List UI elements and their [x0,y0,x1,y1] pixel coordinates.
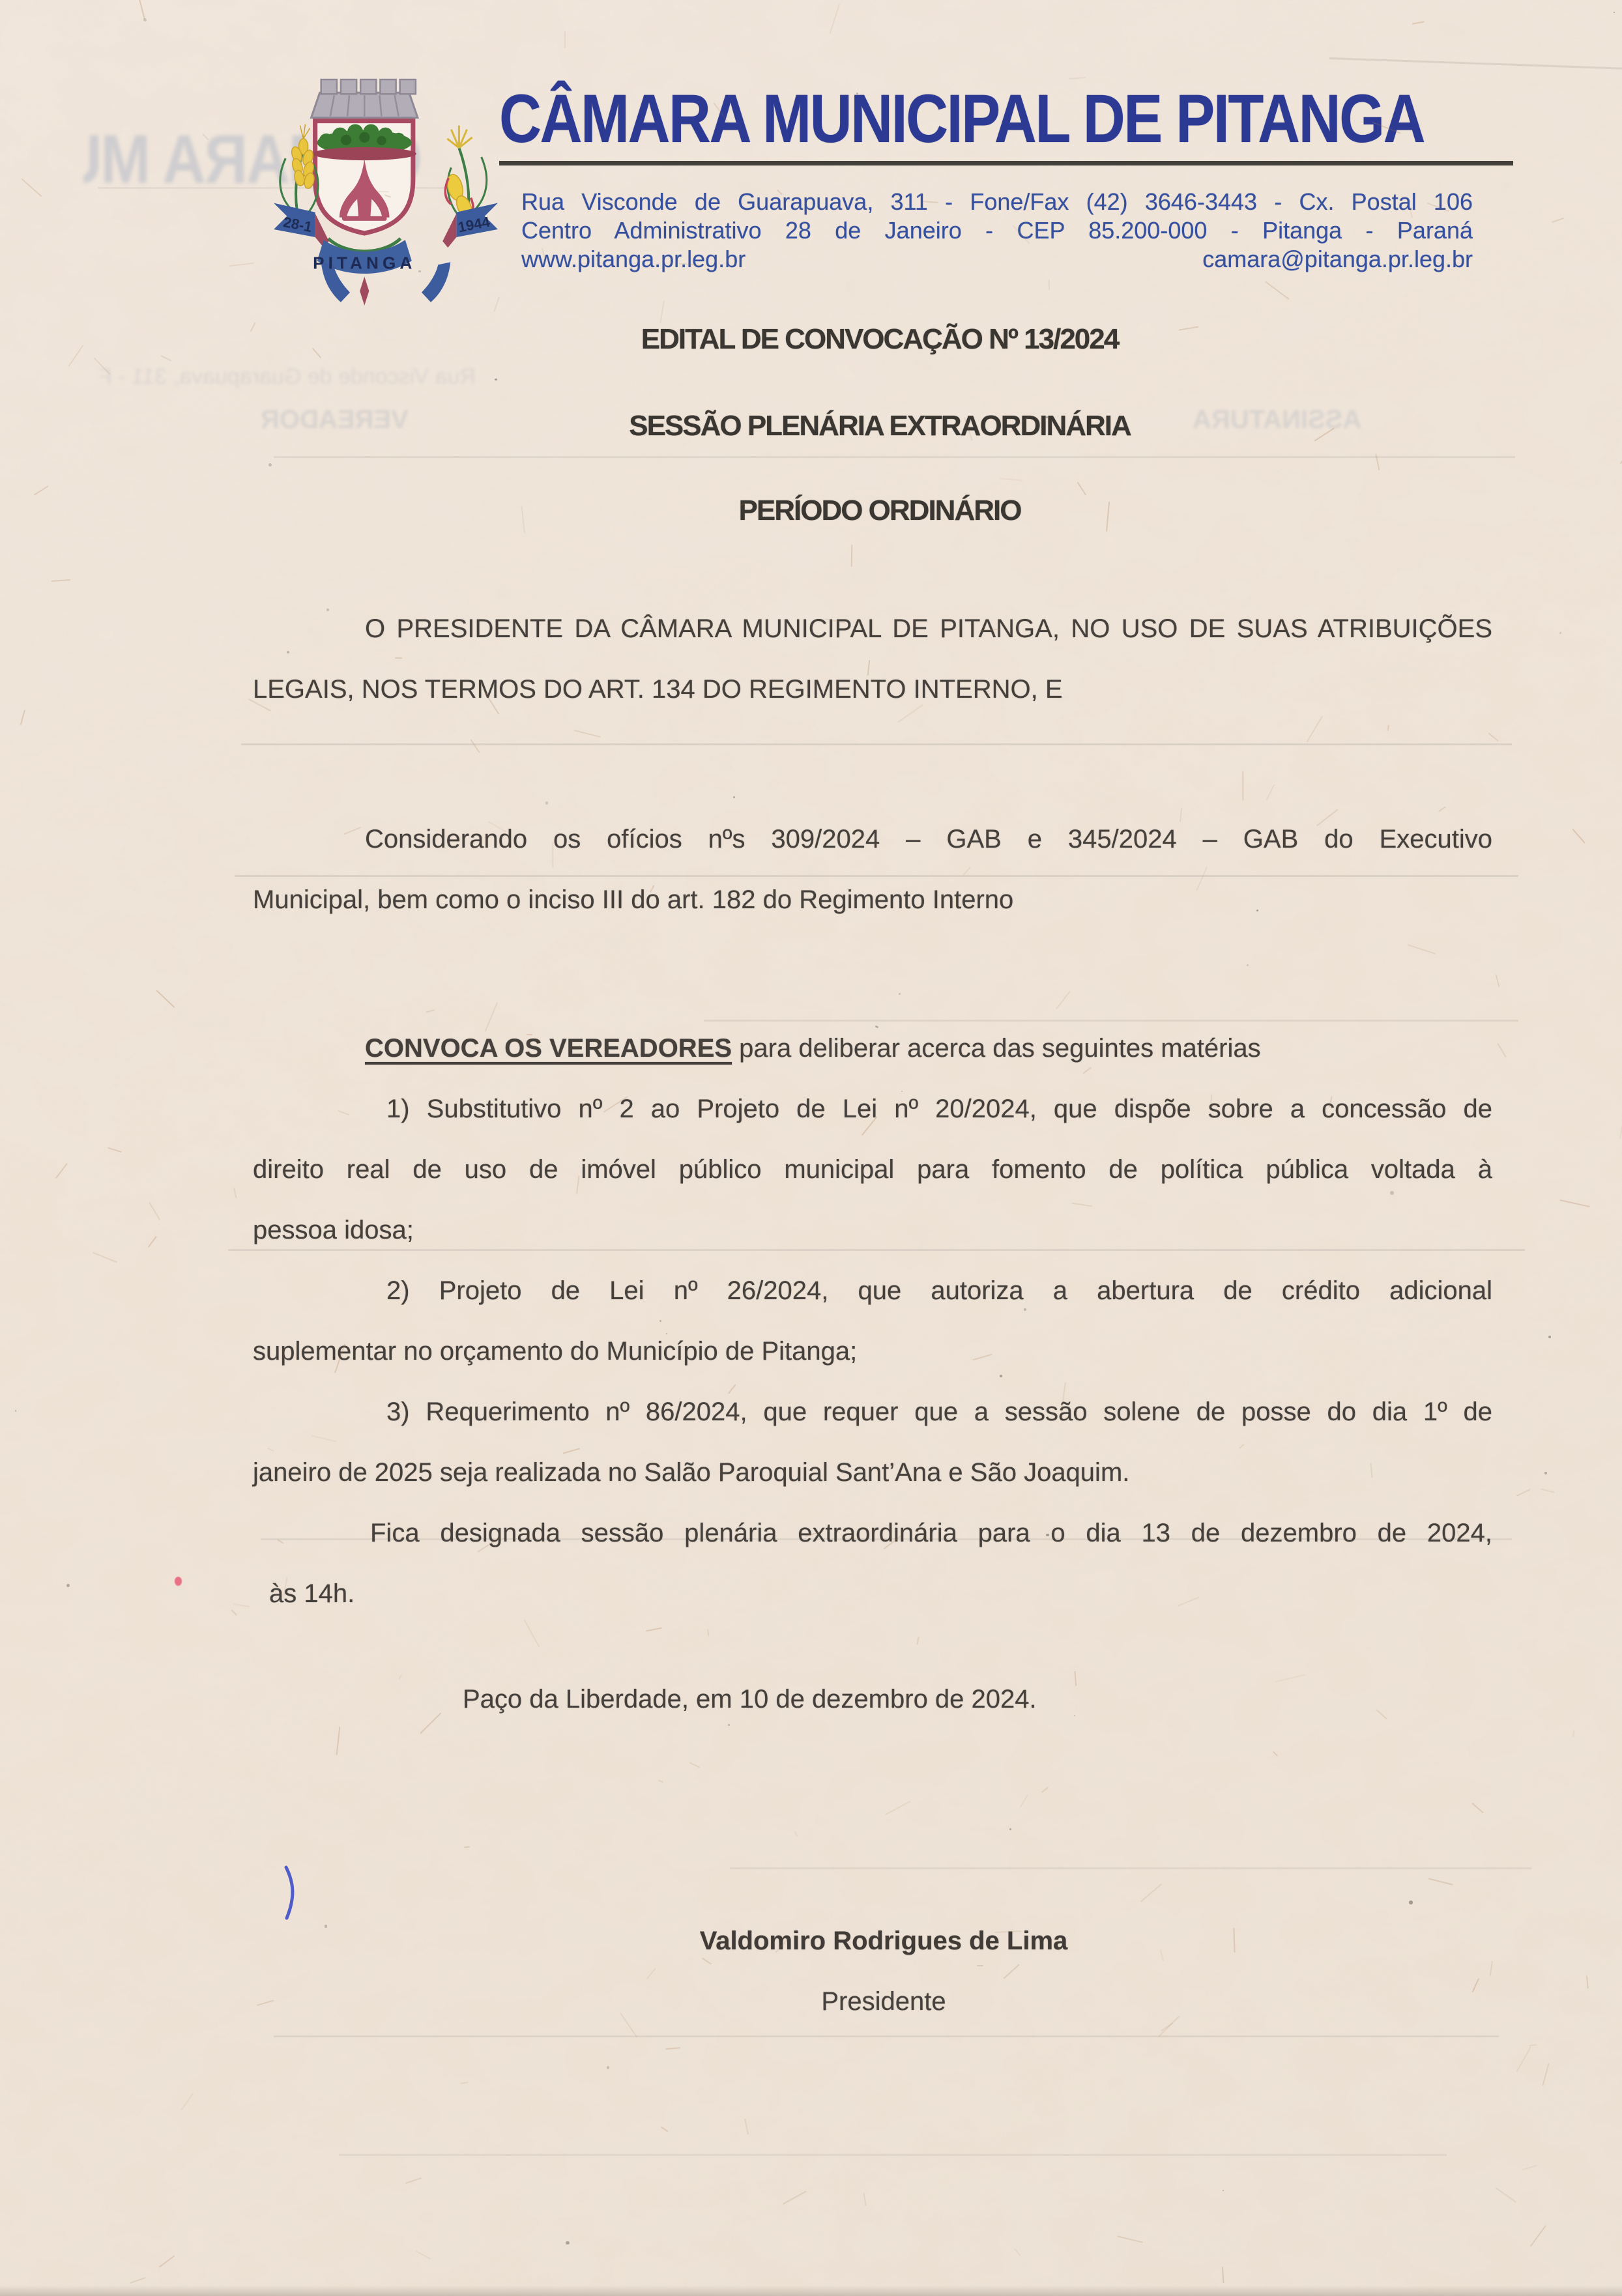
paper-fiber [283,1577,287,1598]
paper-fiber [884,1535,902,1549]
paper-fiber [55,1163,68,1179]
paper-fiber [923,201,938,203]
paper-fiber [156,990,175,1007]
paper-fiber [867,660,870,676]
paper-fiber [1072,1202,1092,1207]
paper-fiber [248,698,271,711]
paper-fiber [1372,121,1400,134]
paper-fiber [1542,2063,1549,2086]
paper-fiber [977,1965,983,1966]
paper-fiber [1074,1671,1077,1686]
paper-fiber [552,842,553,868]
paper-fiber [108,1147,123,1153]
paper-speck [418,270,420,272]
paper-fiber [1234,1928,1236,1953]
paper-fiber [1077,481,1087,495]
paper-fiber [603,1096,628,1112]
paper-fiber [744,2119,749,2135]
paper-fiber [1196,867,1208,891]
paper-fiber [1242,771,1243,800]
paper-fiber [998,1530,1003,1540]
paper-fiber [1222,2267,1224,2284]
paper-speck [287,651,289,653]
paper-fiber [181,2093,194,2111]
paper-fiber [484,691,500,715]
paper-fiber [257,2000,274,2005]
scanned-document-page: CÂMARA MUNICIPAL DE PITANGA Rua Visconde… [0,0,1622,2296]
paper-speck [1256,910,1259,912]
paper-fiber [420,1712,442,1734]
paper-speck [325,1925,328,1928]
paper-fiber [493,296,500,312]
paper-fiber [1265,281,1290,300]
paper-fiber [850,545,852,567]
paper-fiber [1522,2165,1537,2171]
paper-fiber [229,263,254,266]
paper-fiber [1376,453,1380,470]
paper-fiber [1410,207,1413,218]
paper-fiber [1049,280,1050,290]
paper-fiber [1061,1382,1067,1413]
paper-fiber [702,1958,712,1965]
paper-fiber [1387,725,1389,730]
paper-fiber [1412,22,1425,25]
paper-speck [15,1410,17,1412]
paper-fiber [158,2256,175,2269]
paper-speck [856,93,858,94]
paper-fiber [1210,1094,1212,1107]
paper-fiber [1118,2236,1143,2243]
paper-fiber [1106,502,1110,532]
paper-fiber [312,348,322,359]
paper-fiber [161,355,172,362]
paper-fiber [278,1539,284,1543]
paper-fiber [343,827,360,835]
paper-fiber [1456,1530,1462,1542]
paper-fiber [1472,1978,1479,1992]
paper-fiber [1370,1463,1373,1478]
paper-fiber [527,1033,532,1035]
paper-fiber [659,300,665,324]
paper-fiber [1008,414,1030,433]
paper-speck [728,1724,731,1727]
paper-speck [733,796,735,798]
paper-fiber [398,1674,402,1680]
paper-fiber [477,1537,500,1552]
paper-fiber [33,485,48,496]
paper-fiber [1471,1803,1484,1814]
paper-fiber [714,102,730,124]
paper-fiber [1488,732,1498,741]
paper-fiber [1496,2187,1516,2202]
paper-speck [268,463,272,466]
paper-fiber [373,191,389,193]
paper-fiber [829,4,840,34]
paper-fiber [1266,784,1275,800]
paper-fiber [1572,1730,1574,1738]
paper-fiber [334,1343,345,1373]
paper-speck [1548,1336,1551,1338]
paper-fiber [1516,1489,1531,1497]
paper-fiber [646,1968,656,1979]
paper-fiber [1082,1067,1092,1074]
paper-speck [1009,1828,1011,1830]
paper-fiber [1041,1787,1049,1793]
paper-fiber [231,1609,237,1616]
paper-speck [607,2066,610,2069]
paper-speck [1046,416,1048,418]
paper-speck [495,379,497,380]
paper-speck [901,1091,903,1092]
paper-fiber [1329,1097,1333,1108]
paper-fiber [93,1252,117,1263]
paper-fiber [395,657,402,658]
paper-fiber [1559,1199,1589,1207]
paper-fiber [1490,1960,1493,1975]
paper-fiber [1178,1596,1200,1606]
paper-fiber [794,1831,798,1837]
paper-fiber [973,1354,992,1360]
pen-mark [270,1862,310,1927]
paper-fiber [573,730,600,738]
paper-speck [143,18,147,22]
paper-fiber [740,502,746,506]
paper-fiber [562,1448,580,1454]
paper-speck [1046,1534,1049,1537]
paper-fiber [1586,1975,1589,1988]
paper-fiber [564,31,566,48]
paper-fiber [1004,1964,1020,1979]
paper-fiber [783,2190,807,2204]
paper-fiber [384,194,392,198]
paper-fiber [1019,1794,1028,1807]
paper-fiber [862,1116,877,1136]
paper-fiber [777,190,783,195]
red-ink-speck [175,1577,182,1586]
paper-fiber [1516,2046,1531,2072]
paper-fiber [1014,2248,1021,2257]
paper-fiber [147,1236,156,1248]
paper-fiber [1619,1113,1622,1140]
paper-speck [545,801,548,804]
paper-fiber [22,179,42,197]
paper-speck [566,2241,569,2245]
paper-speck [1390,1191,1393,1194]
paper-fiber [1069,77,1086,79]
paper-fiber [1275,1674,1305,1683]
paper-fiber [885,1801,910,1815]
paper-fiber [459,2082,468,2084]
paper-fiber [94,358,111,375]
paper-fiber [1529,2044,1537,2046]
paper-fiber [471,739,480,753]
paper-fiber [1056,991,1071,1010]
paper-fiber [1159,2016,1180,2037]
paper-fiber [484,1003,497,1032]
paper-fiber [805,1532,819,1537]
paper-speck [1559,632,1561,634]
paper-fiber [68,345,84,366]
paper-fiber [658,1780,663,1783]
paper-fiber [825,618,845,624]
paper-fiber [1179,326,1198,330]
paper-fiber [897,704,923,723]
paper-fiber [416,2250,431,2260]
paper-fiber [487,821,506,833]
physical-marks-layer [0,0,1622,2296]
paper-fiber [51,579,70,582]
paper-fiber [1427,203,1449,212]
paper-fiber [1376,1709,1387,1719]
paper-speck [1409,1901,1412,1904]
paper-speck [1544,1472,1547,1474]
paper-fiber [1140,1884,1162,1902]
paper-fiber [661,2127,669,2132]
paper-fiber [1180,808,1182,822]
paper-fiber [679,263,702,266]
paper-fiber [863,2193,867,2206]
paper-fiber [963,867,971,876]
paper-fiber [689,1762,701,1768]
paper-fiber [1438,807,1446,812]
paper-fiber [311,1435,336,1442]
scanner-edge-shadow [0,2286,1622,2296]
paper-fiber [405,2177,422,2184]
paper-fiber [464,1846,470,1848]
paper-fiber [1316,809,1339,826]
paper-fiber [267,1448,274,1452]
paper-fiber [250,323,256,332]
paper-fiber [130,2276,146,2283]
paper-fiber [1314,427,1334,441]
paper-fiber [1428,1878,1453,1885]
paper-fiber [20,710,25,725]
paper-speck [876,1026,878,1028]
paper-fiber [665,2047,680,2050]
paper-fiber [917,1636,920,1644]
paper-fiber [1541,1488,1555,1493]
paper-fiber [646,1627,662,1631]
paper-fiber [620,2013,637,2037]
paper-speck [899,993,901,995]
paper-fiber [728,1384,736,1394]
paper-fiber [994,1930,1021,1933]
paper-speck [1000,1375,1002,1377]
paper-fiber [336,1727,341,1755]
paper-speck [1024,1308,1026,1311]
paper-fiber [1000,478,1022,481]
paper-speck [326,609,329,611]
paper-fiber [1495,975,1499,988]
paper-speck [666,1333,667,1334]
paper-fiber [1572,828,1585,843]
paper-speck [1223,2190,1224,2191]
paper-fiber [524,1619,540,1647]
paper-speck [659,1320,661,1322]
paper-fiber [338,1110,350,1115]
paper-fiber [1306,715,1323,742]
paper-fiber [542,248,546,258]
paper-fiber [1238,1444,1244,1449]
paper-fiber [1552,218,1564,223]
paper-fiber [136,0,145,20]
paper-fiber [521,506,525,532]
paper-fiber [234,1188,237,1198]
paper-speck [1074,1715,1076,1717]
paper-fiber [1013,225,1030,244]
paper-speck [1614,12,1615,13]
paper-fiber [964,417,972,440]
paper-fiber [1160,1949,1165,1961]
paper-fiber [233,1603,250,1607]
paper-fiber [1497,1043,1507,1058]
paper-speck [1247,964,1249,966]
paper-fiber [426,1009,435,1012]
paper-fiber [650,885,654,893]
paper-fiber [775,1938,789,1953]
paper-speck [66,1584,70,1587]
paper-fiber [706,1629,709,1637]
paper-fiber [1273,1751,1279,1757]
paper-fiber [1408,944,1436,954]
paper-fiber [576,1175,579,1194]
paper-fiber [1529,2226,1546,2248]
paper-fiber [202,134,209,140]
paper-fiber [149,1202,160,1221]
paper-fiber [979,629,1000,632]
